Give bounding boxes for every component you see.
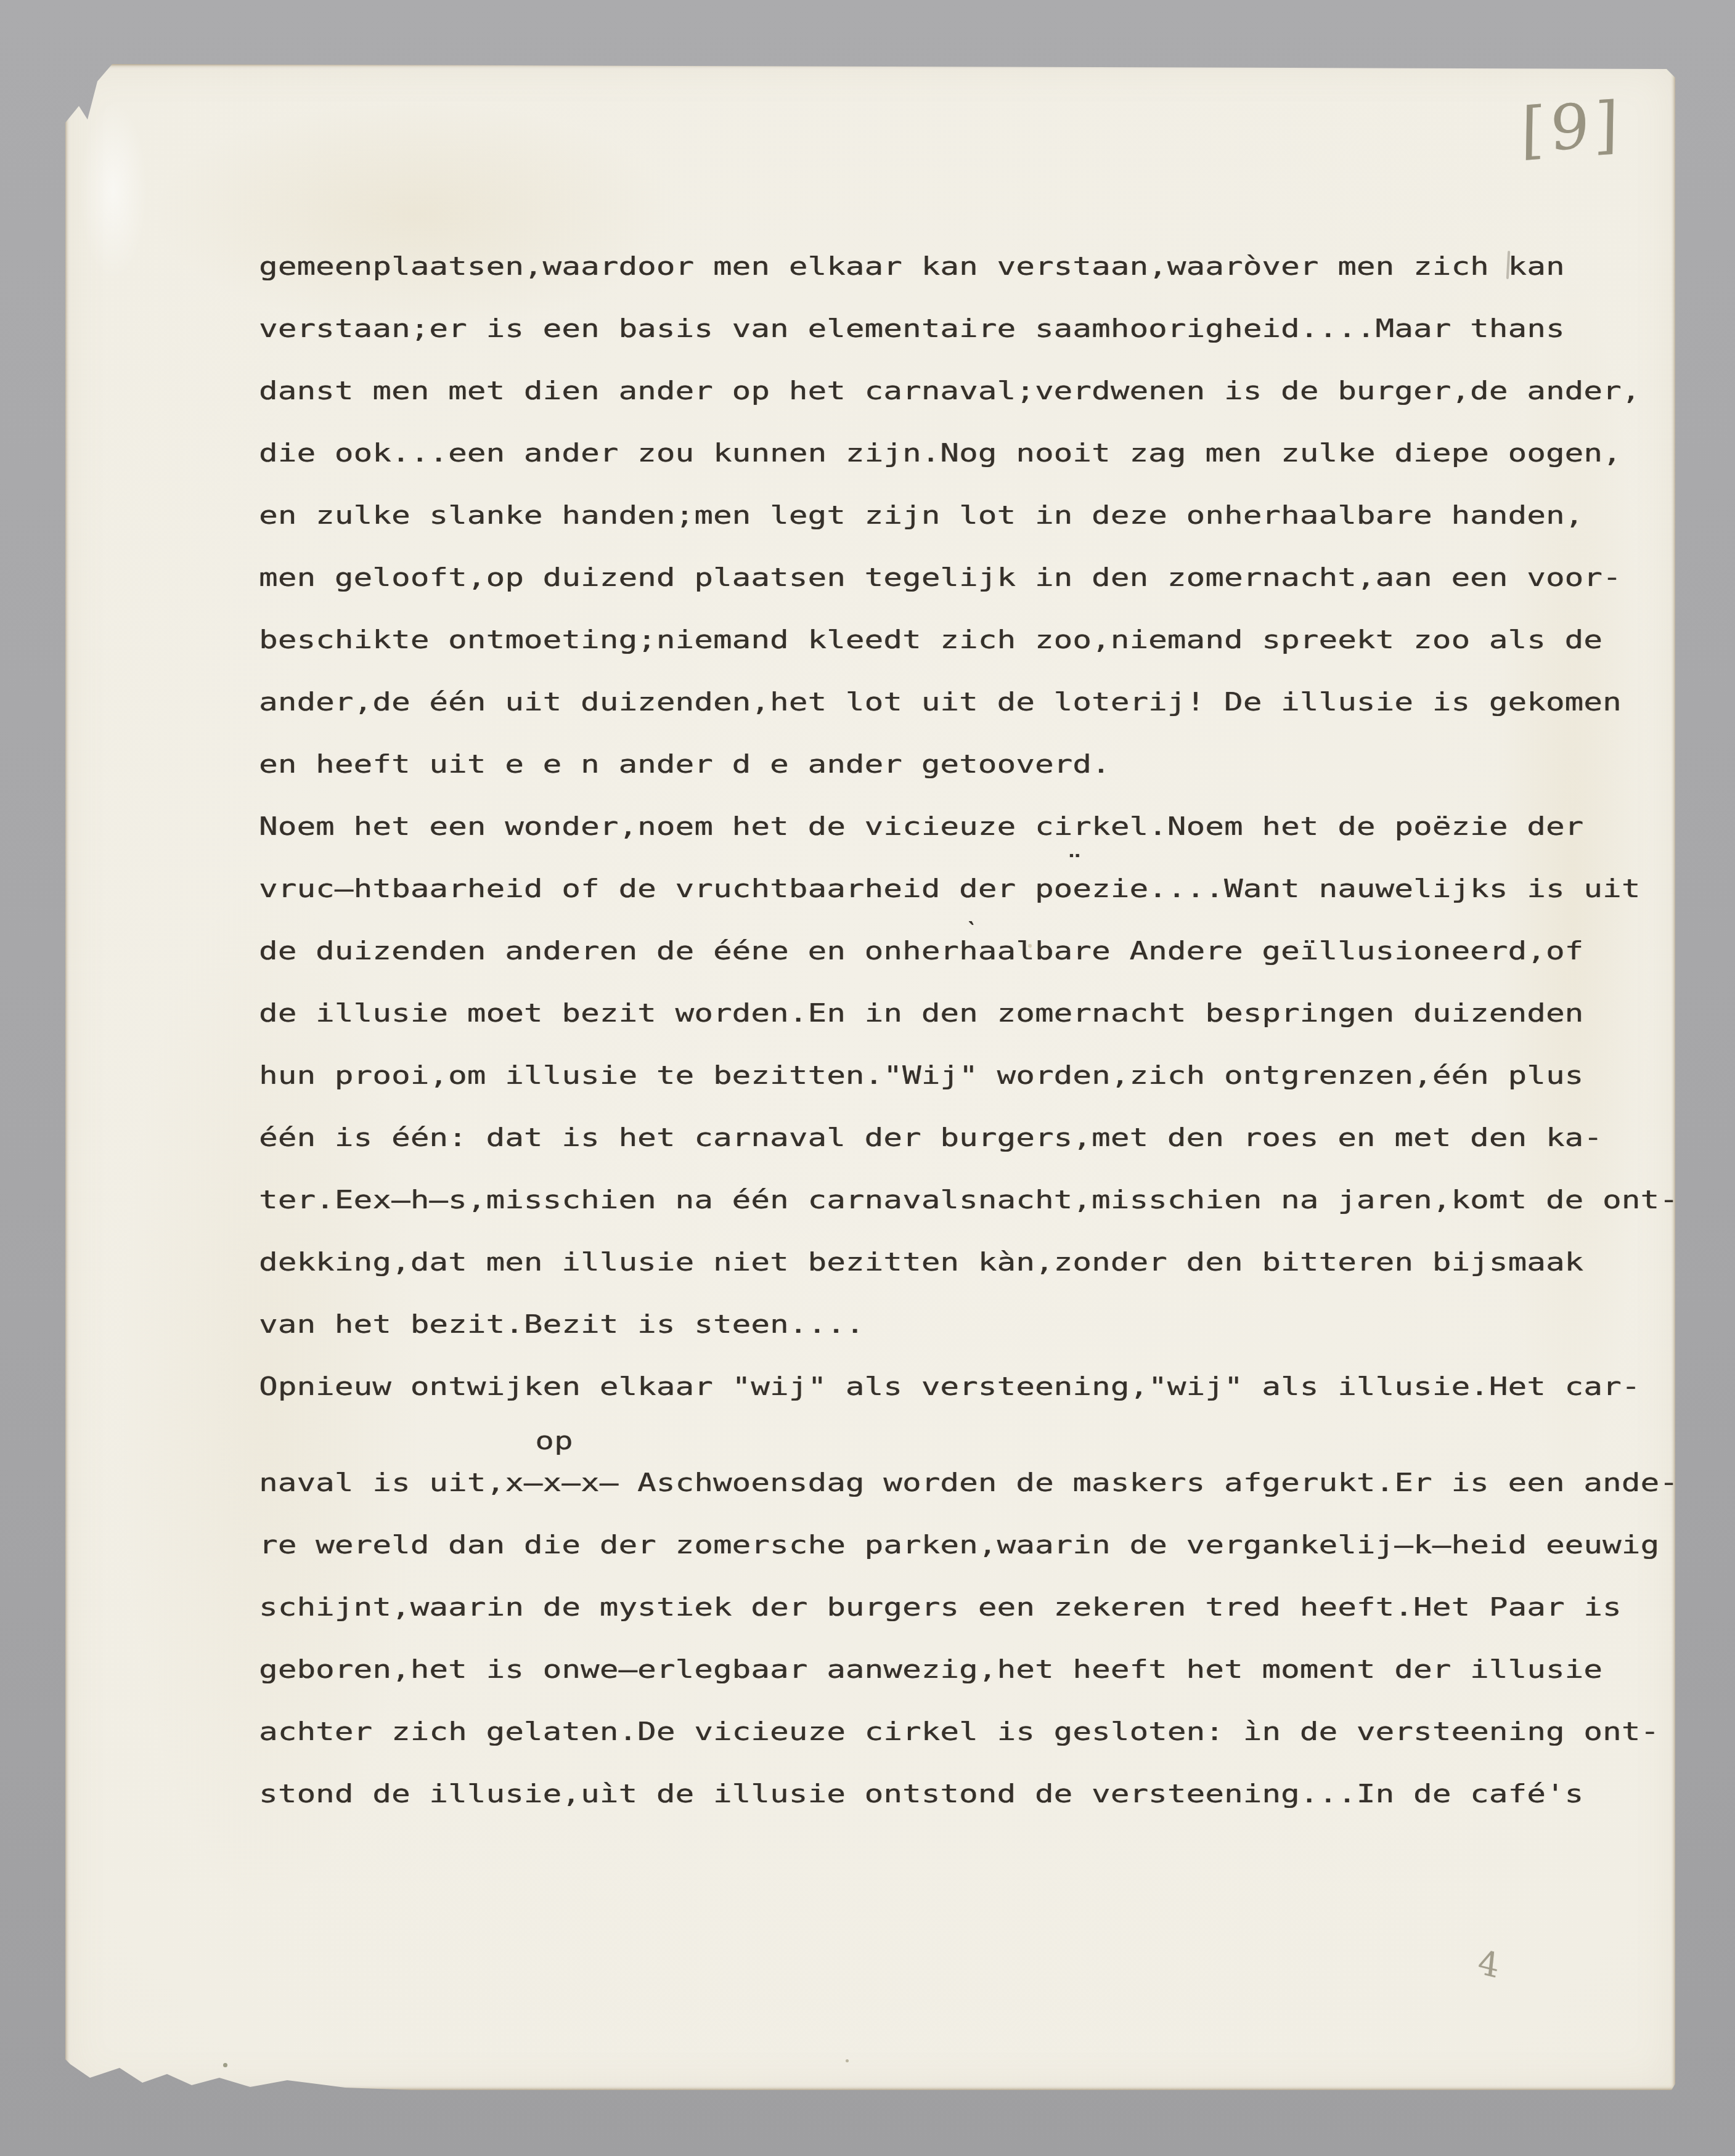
text-line: Opnieuw ontwijken elkaar "wij" als verst…	[259, 1362, 1676, 1425]
text-line: één is één: dat is het carnaval der burg…	[259, 1113, 1676, 1176]
interlinear-insertion: op	[535, 1426, 573, 1455]
text-line: stond de illusie,uìt de illusie ontstond…	[259, 1770, 1676, 1832]
text-line: geboren,het is onwe̶erlegbaar aanwezig,h…	[259, 1645, 1676, 1707]
text-line: ander,de één uit duizenden,het lot uit d…	[259, 678, 1676, 740]
typescript-text-block: gemeenplaatsen,waardoor men elkaar kan v…	[259, 242, 1676, 1832]
page-number-annotation: [9]	[1521, 87, 1623, 167]
text-line-with-insertion: naval is uit,x̶x̶x̶ Aschwoensdag worden …	[259, 1458, 1676, 1521]
text-line: van het bezit.Bezit is steen....	[259, 1300, 1676, 1362]
document-page: [9] gemeenplaatsen,waardoor men elkaar k…	[65, 64, 1675, 2090]
text-line: de illusie moet bezit worden.En in den z…	[259, 989, 1676, 1051]
text-line: Noem het een wonder,noem het de vicieuze…	[259, 802, 1676, 864]
text-line: gemeenplaatsen,waardoor men elkaar kan v…	[259, 242, 1676, 304]
text-line: danst men met dien ander op het carnaval…	[259, 367, 1676, 429]
pencil-squiggle-mark: 4	[1476, 1942, 1501, 1987]
paper-speck	[223, 2063, 227, 2067]
text-line: en heeft uit e e n ander d e ander getoo…	[259, 740, 1676, 802]
photo-background: { "colors": { "background_gray": "#a6a6a…	[0, 0, 1735, 2156]
text-line: re wereld dan die der zomersche parken,w…	[259, 1521, 1676, 1583]
text-line-with-correction: vruc̶htbaarheid of de vruchtbaarheid der…	[259, 864, 1676, 927]
text-line: de duizenden anderen de ééne en onherhaa…	[259, 927, 1676, 989]
text-line: dekking,dat men illusie niet bezitten kà…	[259, 1238, 1676, 1300]
text-line: hun prooi,om illusie te bezitten."Wij" w…	[259, 1051, 1676, 1113]
text-line: achter zich gelaten.De vicieuze cirkel i…	[259, 1707, 1676, 1770]
paper-speck	[846, 2059, 849, 2062]
text-line: beschikte ontmoeting;niemand kleedt zich…	[259, 616, 1676, 678]
text-line: verstaan;er is een basis van elementaire…	[259, 304, 1676, 367]
text-line: men gelooft,op duizend plaatsen tegelijk…	[259, 553, 1676, 616]
text-line: schijnt,waarin de mystiek der burgers ee…	[259, 1583, 1676, 1645]
text-line: die ook...een ander zou kunnen zijn.Nog …	[259, 429, 1676, 491]
interline-gap	[259, 1425, 1676, 1458]
text-line: en zulke slanke handen;men legt zijn lot…	[259, 491, 1676, 553]
text-line: ter.Eex̶h̶s,misschien na één carnavalsna…	[259, 1176, 1676, 1238]
diaeresis-correction-mark: ¨	[1065, 850, 1084, 886]
